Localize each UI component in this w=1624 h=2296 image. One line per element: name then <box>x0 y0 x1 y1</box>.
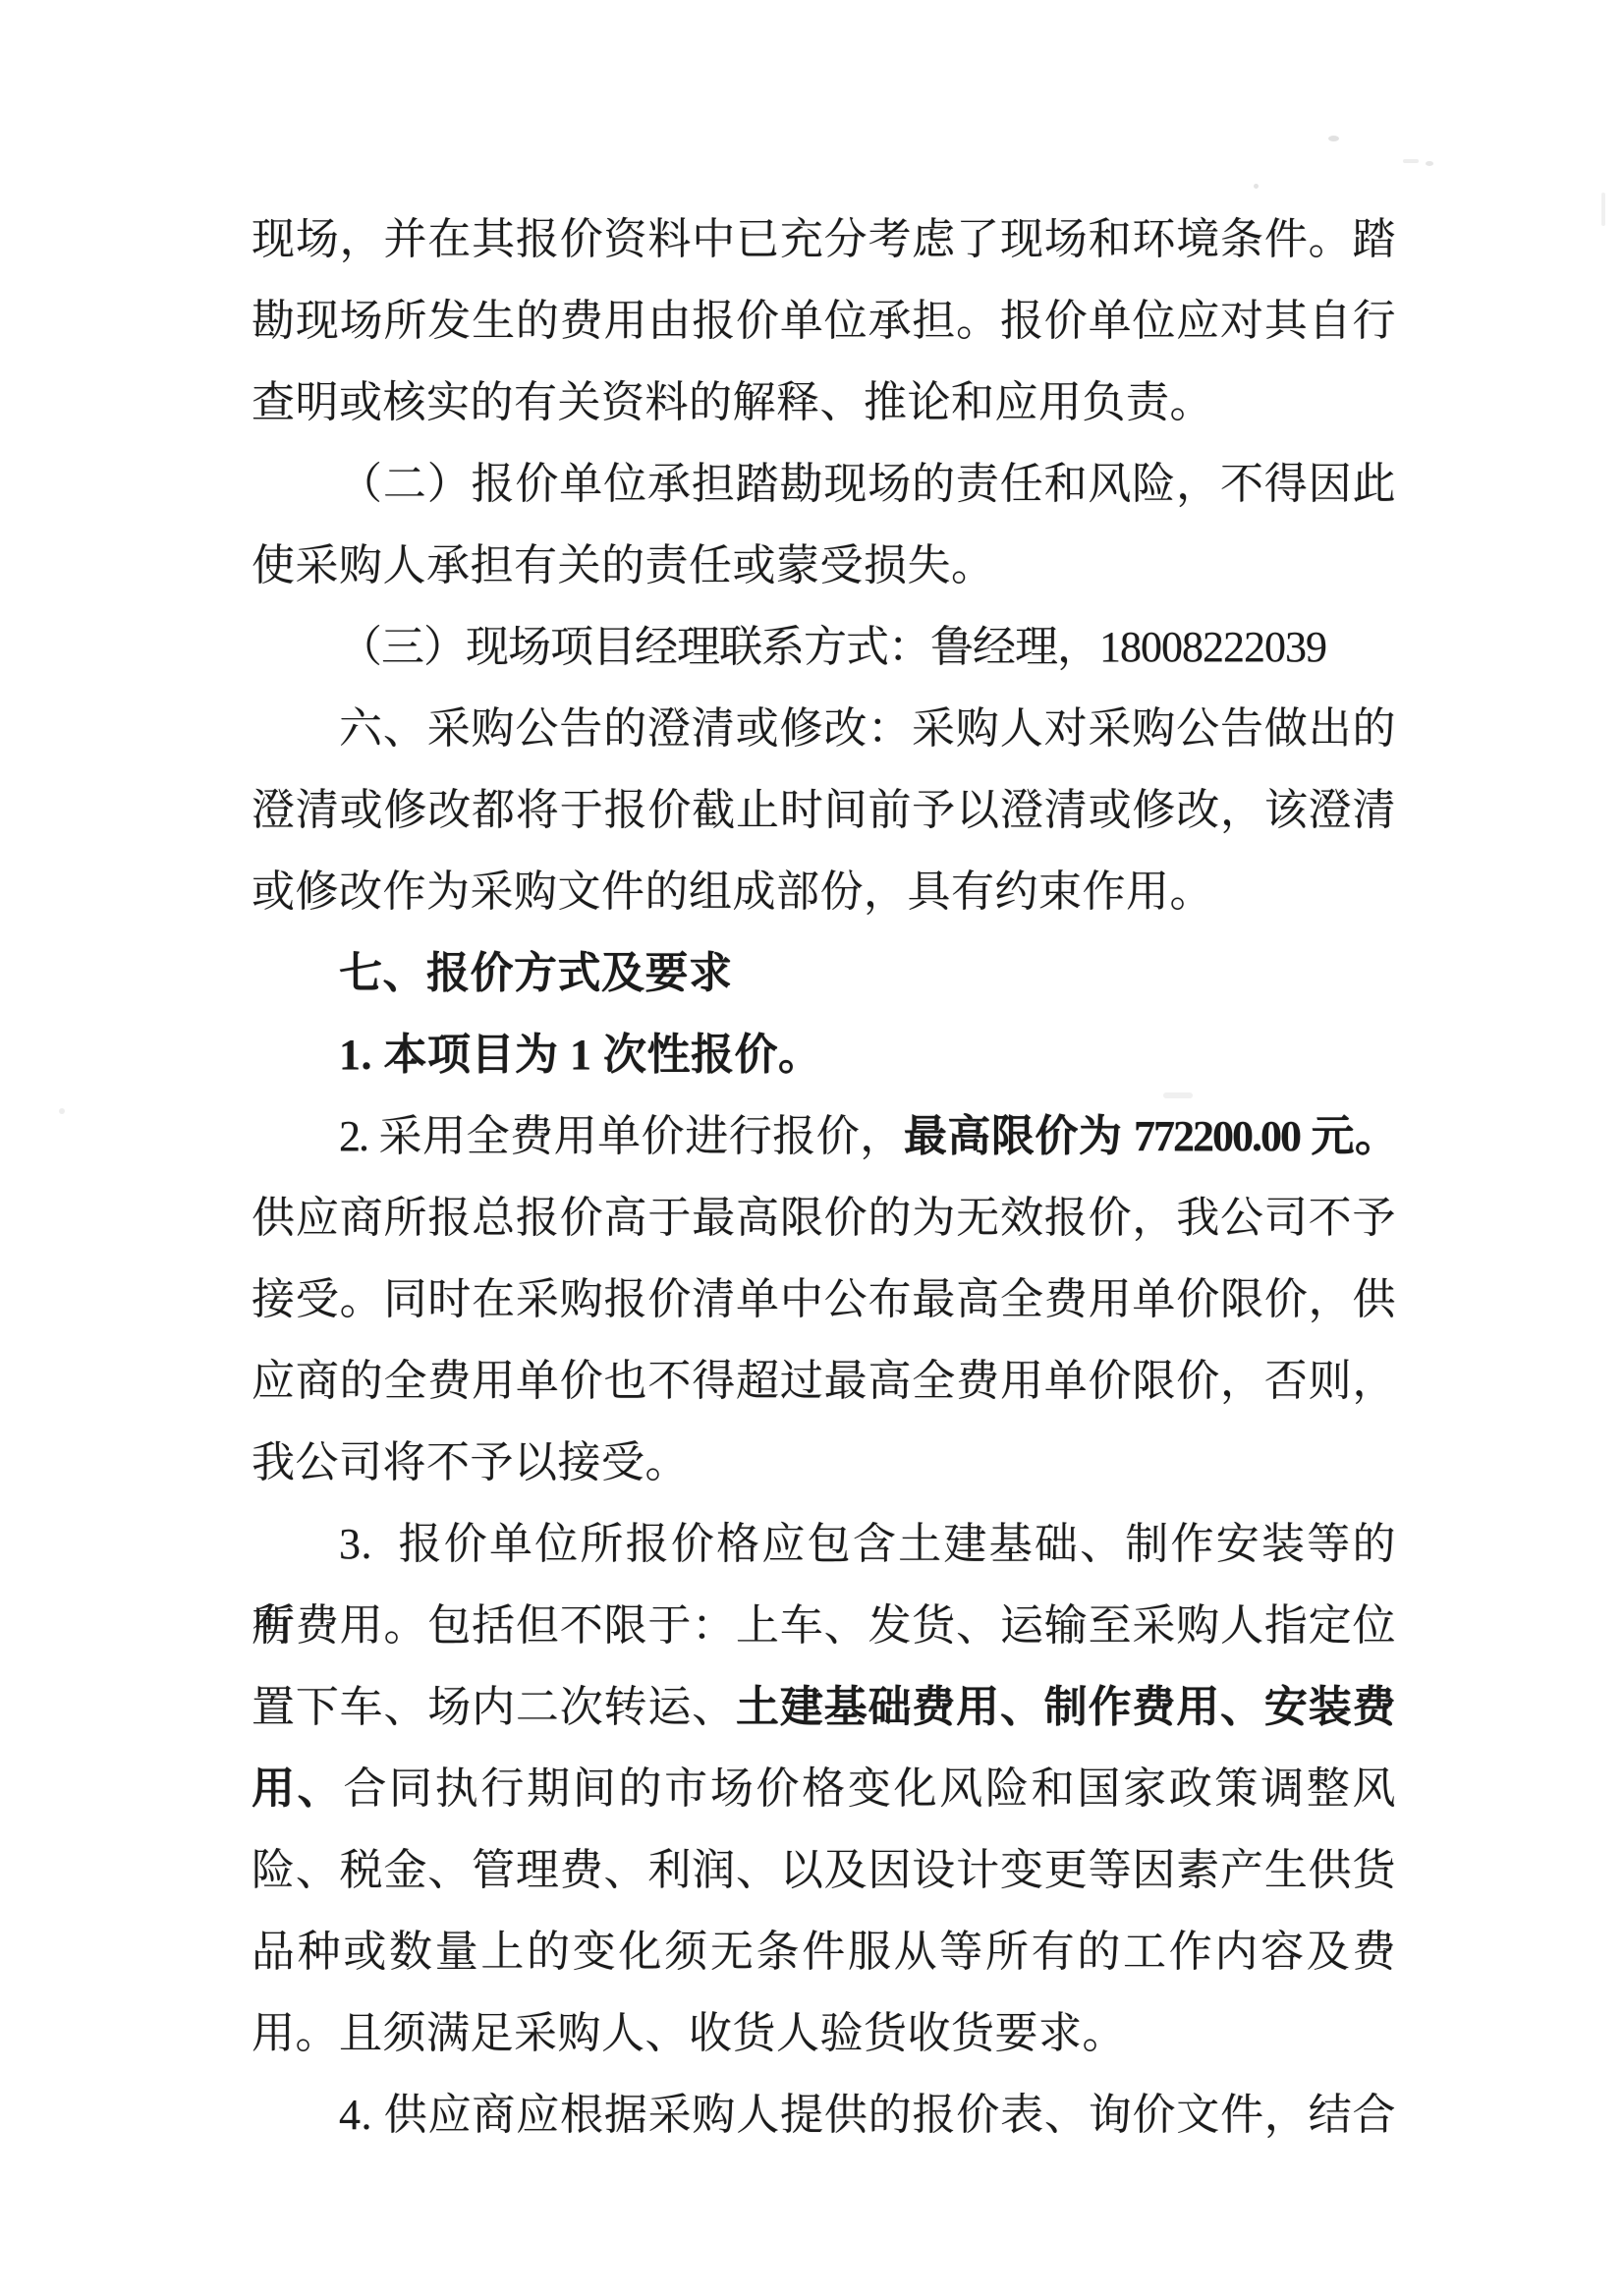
text-line: （二）报价单位承担踏勘现场的责任和风险，不得因此 <box>252 443 1396 525</box>
text-segment-bold: 土建基础费用、制作费用、安装费 <box>736 1683 1396 1731</box>
text-segment: 用。且须满足采购人、收货人验货收货要求。 <box>252 2009 1126 2057</box>
text-line: 品种或数量上的变化须无条件服从等所有的工作内容及费 <box>252 1911 1396 1992</box>
text-segment: 查明或核实的有关资料的解释、推论和应用负责。 <box>252 378 1213 426</box>
text-segment-bold: 七、报价方式及要求 <box>339 949 733 997</box>
text-line: 4. 供应商应根据采购人提供的报价表、询价文件，结合 <box>252 2074 1396 2156</box>
text-line: 供应商所报总报价高于最高限价的为无效报价，我公司不予 <box>252 1177 1396 1259</box>
text-line: 六、采购公告的澄清或修改：采购人对采购公告做出的 <box>252 688 1396 769</box>
text-line: 使采购人承担有关的责任或蒙受损失。 <box>252 525 1396 606</box>
document-text-block: 现场，并在其报价资料中已充分考虑了现场和环境条件。踏勘现场所发生的费用由报价单位… <box>252 198 1396 2156</box>
text-line: 勘现场所发生的费用由报价单位承担。报价单位应对其自行 <box>252 280 1396 362</box>
text-line: 查明或核实的有关资料的解释、推论和应用负责。 <box>252 362 1396 443</box>
text-line: 接受。同时在采购报价清单中公布最高全费用单价限价，供 <box>252 1259 1396 1340</box>
scan-artifact <box>1403 159 1419 163</box>
text-segment: 应商的全费用单价也不得超过最高全费用单价限价，否则， <box>252 1357 1396 1405</box>
text-line: 3. 报价单位所报价格应包含土建基础、制作安装等的所 <box>252 1503 1396 1585</box>
text-segment-bold: 用、 <box>252 1764 343 1813</box>
text-line: 或修改作为采购文件的组成部份，具有约束作用。 <box>252 851 1396 932</box>
text-line: （三）现场项目经理联系方式：鲁经理，18008222039 <box>252 606 1396 688</box>
text-line: 有费用。包括但不限于：上车、发货、运输至采购人指定位 <box>252 1585 1396 1666</box>
scan-artifact <box>1426 161 1433 166</box>
text-segment: 有费用。包括但不限于：上车、发货、运输至采购人指定位 <box>252 1601 1396 1650</box>
text-segment: （三）现场项目经理联系方式：鲁经理，18008222039 <box>339 623 1326 671</box>
scan-artifact <box>1254 184 1259 189</box>
text-segment: 六、采购公告的澄清或修改：采购人对采购公告做出的 <box>339 704 1396 753</box>
text-line: 澄清或修改都将于报价截止时间前予以澄清或修改，该澄清 <box>252 769 1396 851</box>
text-segment: 品种或数量上的变化须无条件服从等所有的工作内容及费 <box>252 1928 1396 1976</box>
text-segment: 2. 采用全费用单价进行报价， <box>339 1112 904 1160</box>
text-line: 我公司将不予以接受。 <box>252 1422 1396 1503</box>
text-segment: 或修改作为采购文件的组成部份，具有约束作用。 <box>252 868 1213 916</box>
scan-artifact <box>1601 193 1605 226</box>
text-segment: 勘现场所发生的费用由报价单位承担。报价单位应对其自行 <box>252 297 1396 345</box>
text-segment: 我公司将不予以接受。 <box>252 1438 689 1486</box>
text-segment: 4. 供应商应根据采购人提供的报价表、询价文件，结合 <box>339 2091 1396 2139</box>
text-segment: 险、税金、管理费、利润、以及因设计变更等因素产生供货 <box>252 1846 1396 1894</box>
text-segment: （二）报价单位承担踏勘现场的责任和风险，不得因此 <box>339 460 1396 508</box>
text-line: 用、合同执行期间的市场价格变化风险和国家政策调整风 <box>252 1748 1396 1829</box>
text-line: 险、税金、管理费、利润、以及因设计变更等因素产生供货 <box>252 1829 1396 1911</box>
scan-artifact <box>1328 136 1339 141</box>
text-segment: 接受。同时在采购报价清单中公布最高全费用单价限价，供 <box>252 1275 1396 1323</box>
text-line: 现场，并在其报价资料中已充分考虑了现场和环境条件。踏 <box>252 198 1396 280</box>
text-line: 应商的全费用单价也不得超过最高全费用单价限价，否则， <box>252 1340 1396 1422</box>
text-segment-bold: 最高限价为 772200.00 元。 <box>904 1112 1396 1160</box>
text-line: 置下车、场内二次转运、土建基础费用、制作费用、安装费 <box>252 1666 1396 1748</box>
text-segment: 合同执行期间的市场价格变化风险和国家政策调整风 <box>343 1764 1396 1813</box>
text-segment: 现场，并在其报价资料中已充分考虑了现场和环境条件。踏 <box>252 215 1396 263</box>
text-line: 用。且须满足采购人、收货人验货收货要求。 <box>252 1992 1396 2074</box>
scan-artifact <box>59 1108 65 1114</box>
text-line: 七、报价方式及要求 <box>252 932 1396 1014</box>
text-segment: 置下车、场内二次转运、 <box>252 1683 736 1731</box>
text-segment: 使采购人承担有关的责任或蒙受损失。 <box>252 541 995 589</box>
text-segment: 供应商所报总报价高于最高限价的为无效报价，我公司不予 <box>252 1194 1396 1242</box>
text-segment-bold: 1. 本项目为 1 次性报价。 <box>339 1031 822 1079</box>
text-line: 1. 本项目为 1 次性报价。 <box>252 1014 1396 1095</box>
text-line: 2. 采用全费用单价进行报价，最高限价为 772200.00 元。 <box>252 1095 1396 1177</box>
text-segment: 澄清或修改都将于报价截止时间前予以澄清或修改，该澄清 <box>252 786 1396 834</box>
scanned-document-page: 现场，并在其报价资料中已充分考虑了现场和环境条件。踏勘现场所发生的费用由报价单位… <box>0 0 1624 2296</box>
